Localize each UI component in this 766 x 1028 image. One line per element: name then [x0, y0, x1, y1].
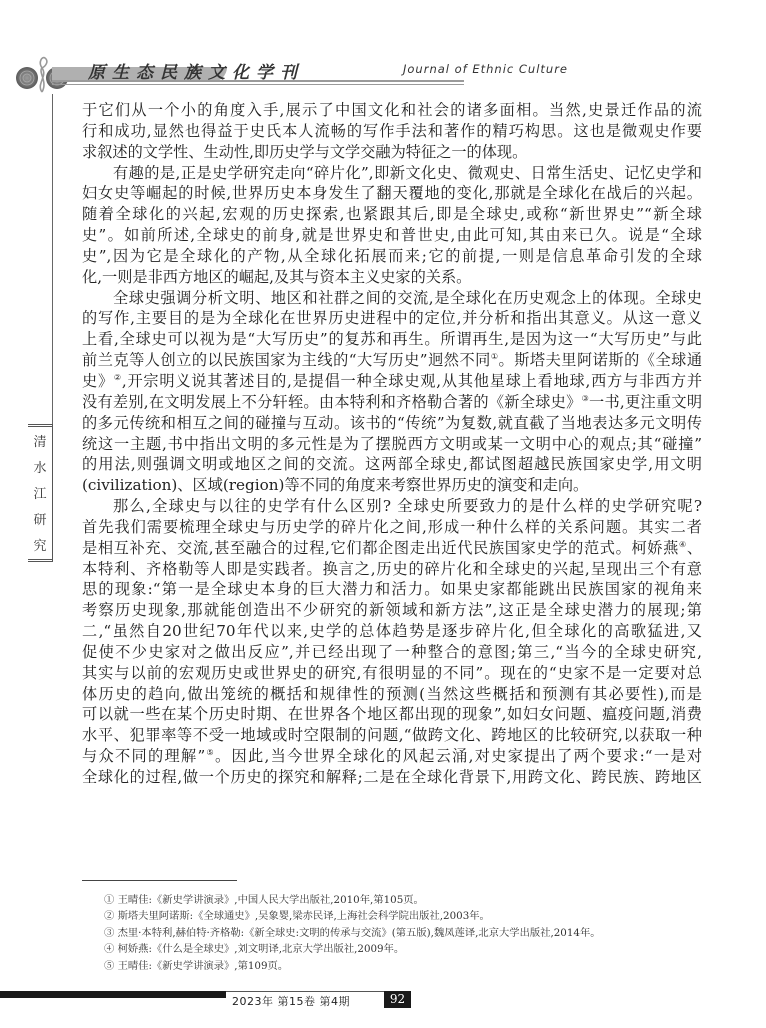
- column-label-char: 水: [28, 456, 52, 482]
- journal-title-cn: 原生态民族文化学刊: [88, 58, 304, 83]
- text-segment: 行和成功,显然也得益于史氏本人流畅的写作手法和著作的精巧构思。这也是微观史作要: [82, 122, 702, 140]
- text-segment: 的写作,主要目的是为全球化在世界历史进程中的定位,并分析和指出其意义。从这一意义: [82, 309, 702, 327]
- text-segment: 考察历史现象,那就能创造出不少研究的新领域和新方法”,这正是全球史潜力的展现;第: [82, 601, 702, 619]
- column-label-char: 究: [28, 534, 52, 560]
- text-line: 思的现象:“第一是全球史本身的巨大潜力和活力。如果史家都能跳出民族国家的视角来: [82, 579, 702, 600]
- footnote-rule: [82, 880, 237, 881]
- footnote-ref[interactable]: ③: [582, 394, 589, 403]
- text-segment: 于它们从一个小的角度入手,展示了中国文化和社会的诸多面相。当然,史景迁作品的流: [82, 101, 702, 119]
- text-segment: 可以就一些在某个历史时期、在世界各个地区都出现的现象”,如妇女问题、瘟疫问题,消…: [82, 705, 702, 723]
- text-line: 与众不同的理解”⑤。因此,当今世界全球化的风起云涌,对史家提出了两个要求:“一是…: [82, 746, 702, 767]
- footnotes: ① 王晴佳:《新史学讲演录》,中国人民大学出版社,2010年,第105页。② 斯…: [104, 892, 601, 974]
- text-line: 妇女史等崛起的时候,世界历史本身发生了翻天覆地的变化,那就是全球化在战后的兴起。: [82, 183, 702, 204]
- footnote-item: ③ 杰里·本特利,赫伯特·齐格勒:《新全球史:文明的传承与交流》(第五版),魏凤…: [104, 925, 601, 941]
- text-line: 那么,全球史与以往的史学有什么区别? 全球史所要致力的是什么样的史学研究呢?: [82, 496, 702, 517]
- text-line: 水平、犯罪率等不受一地域或时空限制的问题,“做跨文化、跨地区的比较研究,以获取一…: [82, 725, 702, 746]
- column-label: 清 水 江 研 究: [28, 430, 52, 560]
- text-line: 其实与以前的宏观历史或世界史的研究,有很明显的不同”。现在的“史家不是一定要对总: [82, 663, 702, 684]
- text-segment: 其实与以前的宏观历史或世界史的研究,有很明显的不同”。现在的“史家不是一定要对总: [82, 664, 702, 682]
- footnote-ref[interactable]: ④: [679, 540, 687, 549]
- text-segment: 统这一主题,书中指出文明的多元性是为了摆脱西方文明或某一文明中心的观点;其“碰撞…: [82, 435, 702, 453]
- text-line: 二,“虽然自20世纪70年代以来,史学的总体趋势是逐步碎片化,但全球化的高歌猛进…: [82, 621, 702, 642]
- text-segment: 化,一则是非西方地区的崛起,及其与资本主义史家的关系。: [82, 268, 471, 286]
- text-line: 史”。如前所述,全球史的前身,就是世界史和普世史,由此可知,其由来已久。说是“全…: [82, 225, 702, 246]
- text-line: 本特利、齐格勒等人即是实践者。换言之,历史的碎片化和全球史的兴起,呈现出三个有意: [82, 559, 702, 580]
- text-segment: 的用法,则强调文明或地区之间的交流。这两部全球史,都试图超越民族国家史学,用文明: [82, 455, 702, 473]
- text-segment: 史”,因为它是全球化的产物,从全球化拓展而来;它的前提,一则是信息革命引发的全球: [82, 247, 702, 265]
- text-line: 可以就一些在某个历史时期、在世界各个地区都出现的现象”,如妇女问题、瘟疫问题,消…: [82, 704, 702, 725]
- text-line: 的写作,主要目的是为全球化在世界历史进程中的定位,并分析和指出其意义。从这一意义: [82, 308, 702, 329]
- header-rule-thin: [52, 84, 464, 85]
- column-label-char: 清: [28, 430, 52, 456]
- text-segment: 与众不同的理解”: [82, 747, 205, 765]
- text-segment: 有趣的是,正是史学研究走向“碎片化”,即新文化史、微观史、日常生活史、记忆史学和: [113, 164, 702, 182]
- text-line: 化,一则是非西方地区的崛起,及其与资本主义史家的关系。: [82, 267, 702, 288]
- text-line: 于它们从一个小的角度入手,展示了中国文化和社会的诸多面相。当然,史景迁作品的流: [82, 100, 702, 121]
- text-segment: 的多元传统和相互之间的碰撞与互动。该书的“传统”为复数,就直截了当地表达多元文明…: [82, 414, 702, 432]
- footnote-item: ① 王晴佳:《新史学讲演录》,中国人民大学出版社,2010年,第105页。: [104, 892, 601, 908]
- text-segment: 水平、犯罪率等不受一地域或时空限制的问题,“做跨文化、跨地区的比较研究,以获取一…: [82, 726, 702, 744]
- text-line: 考察历史现象,那就能创造出不少研究的新领域和新方法”,这正是全球史潜力的展现;第: [82, 600, 702, 621]
- text-segment: 。因此,当今世界全球化的风起云涌,对史家提出了两个要求:“一是对: [215, 747, 702, 765]
- text-line: 史》②,开宗明义说其著述目的,是提倡一种全球史观,从其他星球上看地球,西方与非西…: [82, 371, 702, 392]
- text-line: 首先我们需要梳理全球史与历史学的碎片化之间,形成一种什么样的关系问题。其实二者: [82, 517, 702, 538]
- text-line: 上看,全球史可以视为是“大写历史”的复苏和再生。所谓再生,是因为这一“大写历史”…: [82, 329, 702, 350]
- text-line: 统这一主题,书中指出文明的多元性是为了摆脱西方文明或某一文明中心的观点;其“碰撞…: [82, 434, 702, 455]
- text-segment: 本特利、齐格勒等人即是实践者。换言之,历史的碎片化和全球史的兴起,呈现出三个有意: [82, 560, 702, 578]
- footnote-ref[interactable]: ①: [491, 352, 499, 361]
- text-line: 史”,因为它是全球化的产物,从全球化拓展而来;它的前提,一则是信息革命引发的全球: [82, 246, 702, 267]
- running-header: 原生态民族文化学刊 Journal of Ethnic Culture: [0, 0, 766, 90]
- text-segment: 妇女史等崛起的时候,世界历史本身发生了翻天覆地的变化,那就是全球化在战后的兴起。: [82, 184, 702, 202]
- text-line: 全球化的过程,做一个历史的探究和解释;二是在全球化背景下,用跨文化、跨民族、跨地…: [82, 767, 702, 788]
- article-body: 于它们从一个小的角度入手,展示了中国文化和社会的诸多面相。当然,史景迁作品的流行…: [82, 100, 702, 788]
- footnote-ref[interactable]: ②: [114, 373, 122, 382]
- text-segment: 那么,全球史与以往的史学有什么区别? 全球史所要致力的是什么样的史学研究呢?: [113, 497, 702, 515]
- text-line: 随着全球化的兴起,宏观的历史探索,也紧跟其后,即是全球史,或称“新世界史”“新全…: [82, 204, 702, 225]
- text-line: 的用法,则强调文明或地区之间的交流。这两部全球史,都试图超越民族国家史学,用文明: [82, 454, 702, 475]
- text-segment: 前兰克等人创立的以民族国家为主线的“大写历史”迥然不同: [82, 351, 491, 369]
- text-line: 是相互补充、交流,甚至融合的过程,它们都企图走出近代民族国家史学的范式。柯娇燕④…: [82, 538, 702, 559]
- text-segment: (civilization)、区域(region)等不同的角度来考察世界历史的演…: [82, 476, 588, 494]
- text-segment: 体历史的趋向,做出笼统的概括和规律性的预测(当然这些概括和预测有其必要性),而是: [82, 685, 702, 703]
- journal-title-en: Journal of Ethnic Culture: [403, 62, 568, 76]
- text-segment: 、: [687, 539, 702, 557]
- text-segment: 思的现象:“第一是全球史本身的巨大潜力和活力。如果史家都能跳出民族国家的视角来: [82, 580, 702, 598]
- text-line: 前兰克等人创立的以民族国家为主线的“大写历史”迥然不同①。斯塔夫里阿诺斯的《全球…: [82, 350, 702, 371]
- footer-bar: [0, 991, 226, 998]
- text-segment: 首先我们需要梳理全球史与历史学的碎片化之间,形成一种什么样的关系问题。其实二者: [82, 518, 702, 536]
- text-segment: 史》: [82, 372, 114, 390]
- text-line: 体历史的趋向,做出笼统的概括和规律性的预测(当然这些概括和预测有其必要性),而是: [82, 684, 702, 705]
- text-segment: 没有差别,在文明发展上不分轩轾。由本特利和齐格勒合著的《新全球史》: [82, 393, 582, 411]
- page-number: 92: [384, 991, 411, 1008]
- text-segment: 史”。如前所述,全球史的前身,就是世界史和普世史,由此可知,其由来已久。说是“全…: [82, 226, 702, 244]
- text-line: (civilization)、区域(region)等不同的角度来考察世界历史的演…: [82, 475, 702, 496]
- text-line: 没有差别,在文明发展上不分轩轾。由本特利和齐格勒合著的《新全球史》③一书,更注重…: [82, 392, 702, 413]
- footnote-item: ② 斯塔夫里阿诺斯:《全球通史》,吴象婴,梁赤民译,上海社会科学院出版社,200…: [104, 908, 601, 924]
- text-line: 全球史强调分析文明、地区和社群之间的交流,是全球化在历史观念上的体现。全球史: [82, 288, 702, 309]
- text-segment: 促使不少史家对之做出反应”,并已经出现了一种整合的意图;第三,“当今的全球史研究…: [82, 643, 702, 661]
- footnote-ref[interactable]: ⑤: [205, 748, 215, 757]
- text-line: 求叙述的文学性、生动性,即历史学与文学交融为特征之一的体现。: [82, 142, 702, 163]
- text-segment: 随着全球化的兴起,宏观的历史探索,也紧跟其后,即是全球史,或称“新世界史”“新全…: [82, 205, 702, 223]
- text-segment: 全球化的过程,做一个历史的探究和解释;二是在全球化背景下,用跨文化、跨民族、跨地…: [82, 768, 702, 786]
- column-label-char: 江: [28, 482, 52, 508]
- footer-rule: [226, 991, 384, 992]
- column-label-box: 清 水 江 研 究: [28, 424, 53, 562]
- margin-rule: [52, 94, 53, 426]
- footnote-item: ④ 柯娇燕:《什么是全球史》,刘文明译,北京大学出版社,2009年。: [104, 941, 601, 957]
- text-line: 促使不少史家对之做出反应”,并已经出现了一种整合的意图;第三,“当今的全球史研究…: [82, 642, 702, 663]
- text-segment: 求叙述的文学性、生动性,即历史学与文学交融为特征之一的体现。: [82, 143, 527, 161]
- text-segment: 是相互补充、交流,甚至融合的过程,它们都企图走出近代民族国家史学的范式。柯娇燕: [82, 539, 679, 557]
- text-segment: ,开宗明义说其著述目的,是提倡一种全球史观,从其他星球上看地球,西方与非西方并: [122, 372, 702, 390]
- text-segment: 一书,更注重文明: [589, 393, 702, 411]
- text-segment: 。斯塔夫里阿诺斯的《全球通: [499, 351, 703, 369]
- text-line: 有趣的是,正是史学研究走向“碎片化”,即新文化史、微观史、日常生活史、记忆史学和: [82, 163, 702, 184]
- issue-info: 2023年 第15卷 第4期: [232, 993, 350, 1009]
- text-segment: 全球史强调分析文明、地区和社群之间的交流,是全球化在历史观念上的体现。全球史: [113, 289, 702, 307]
- text-line: 行和成功,显然也得益于史氏本人流畅的写作手法和著作的精巧构思。这也是微观史作要: [82, 121, 702, 142]
- text-segment: 上看,全球史可以视为是“大写历史”的复苏和再生。所谓再生,是因为这一“大写历史”…: [82, 330, 702, 348]
- text-segment: 二,“虽然自20世纪70年代以来,史学的总体趋势是逐步碎片化,但全球化的高歌猛进…: [82, 622, 702, 640]
- column-label-char: 研: [28, 508, 52, 534]
- footnote-item: ⑤ 王晴佳:《新史学讲演录》,第109页。: [104, 958, 601, 974]
- text-line: 的多元传统和相互之间的碰撞与互动。该书的“传统”为复数,就直截了当地表达多元文明…: [82, 413, 702, 434]
